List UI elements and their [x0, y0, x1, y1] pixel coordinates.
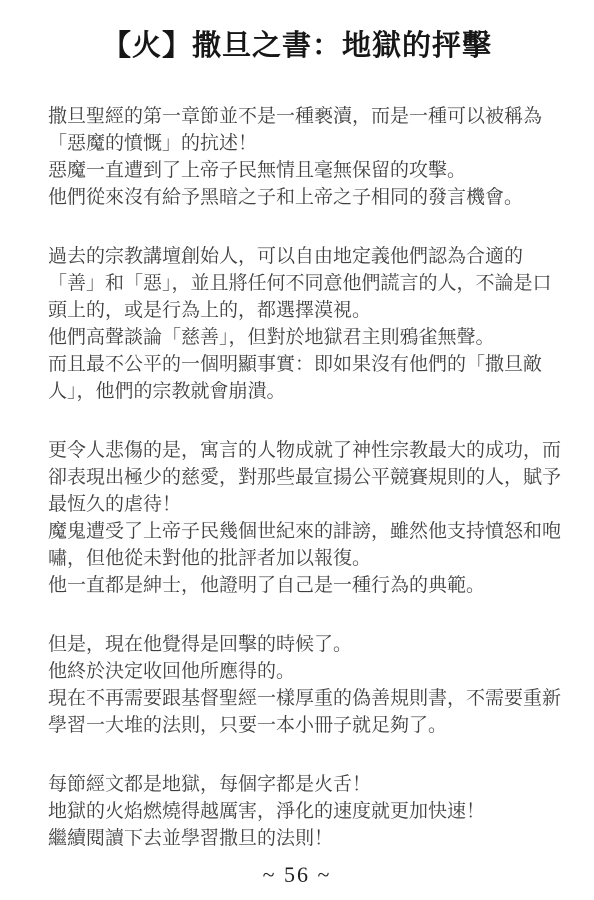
paragraph: 過去的宗教講壇創始人，可以自由地定義他們認為合適的 「善」和「惡」，並且將任何不… [48, 243, 548, 405]
body-line: 頭上的，或是行為上的，都選擇漠視。 [48, 297, 548, 324]
page-title: 【火】撒旦之書：地獄的抨擊 [0, 0, 594, 66]
body-line: 撒旦聖經的第一章節並不是一種褻瀆，而是一種可以被稱為 [48, 103, 548, 130]
body-line: 過去的宗教講壇創始人，可以自由地定義他們認為合適的 [48, 243, 548, 270]
body-line: 卻表現出極少的慈愛，對那些最宣揚公平競賽規則的人，賦予 [48, 464, 548, 491]
paragraph: 但是，現在他覺得是回擊的時候了。 他終於決定收回他所應得的。 現在不再需要跟基督… [48, 631, 548, 739]
body-text: 撒旦聖經的第一章節並不是一種褻瀆，而是一種可以被稱為 「惡魔的憤慨」的抗述！ 惡… [0, 103, 594, 852]
body-line: 魔鬼遭受了上帝子民幾個世紀來的誹謗，雖然他支持憤怒和咆 [48, 518, 548, 545]
body-line: 但是，現在他覺得是回擊的時候了。 [48, 631, 548, 658]
body-line: 最恆久的虐待！ [48, 491, 548, 518]
body-line: 現在不再需要跟基督聖經一樣厚重的偽善規則書，不需要重新 [48, 685, 548, 712]
body-line: 「善」和「惡」，並且將任何不同意他們謊言的人，不論是口 [48, 270, 548, 297]
page-number: ~ 56 ~ [0, 862, 594, 888]
paragraph: 撒旦聖經的第一章節並不是一種褻瀆，而是一種可以被稱為 「惡魔的憤慨」的抗述！ 惡… [48, 103, 548, 211]
body-line: 他一直都是紳士，他證明了自己是一種行為的典範。 [48, 572, 548, 599]
body-line: 他們高聲談論「慈善」，但對於地獄君主則鴉雀無聲。 [48, 324, 548, 351]
body-line: 更令人悲傷的是，寓言的人物成就了神性宗教最大的成功，而 [48, 437, 548, 464]
body-line: 惡魔一直遭到了上帝子民無情且毫無保留的攻擊。 [48, 157, 548, 184]
paragraph: 更令人悲傷的是，寓言的人物成就了神性宗教最大的成功，而 卻表現出極少的慈愛，對那… [48, 437, 548, 599]
body-line: 他們從來沒有給予黑暗之子和上帝之子相同的發言機會。 [48, 184, 548, 211]
body-line: 每節經文都是地獄，每個字都是火舌！ [48, 771, 548, 798]
body-line: 嘯，但他從未對他的批評者加以報復。 [48, 545, 548, 572]
body-line: 繼續閱讀下去並學習撒旦的法則！ [48, 825, 548, 852]
paragraph: 每節經文都是地獄，每個字都是火舌！ 地獄的火焰燃燒得越厲害，淨化的速度就更加快速… [48, 771, 548, 852]
body-line: 學習一大堆的法則，只要一本小冊子就足夠了。 [48, 712, 548, 739]
body-line: 人」，他們的宗教就會崩潰。 [48, 378, 548, 405]
body-line: 他終於決定收回他所應得的。 [48, 658, 548, 685]
body-line: 「惡魔的憤慨」的抗述！ [48, 130, 548, 157]
book-page: 【火】撒旦之書：地獄的抨擊 撒旦聖經的第一章節並不是一種褻瀆，而是一種可以被稱為… [0, 0, 594, 900]
body-line: 而且最不公平的一個明顯事實：即如果沒有他們的「撒旦敵 [48, 351, 548, 378]
body-line: 地獄的火焰燃燒得越厲害，淨化的速度就更加快速！ [48, 798, 548, 825]
